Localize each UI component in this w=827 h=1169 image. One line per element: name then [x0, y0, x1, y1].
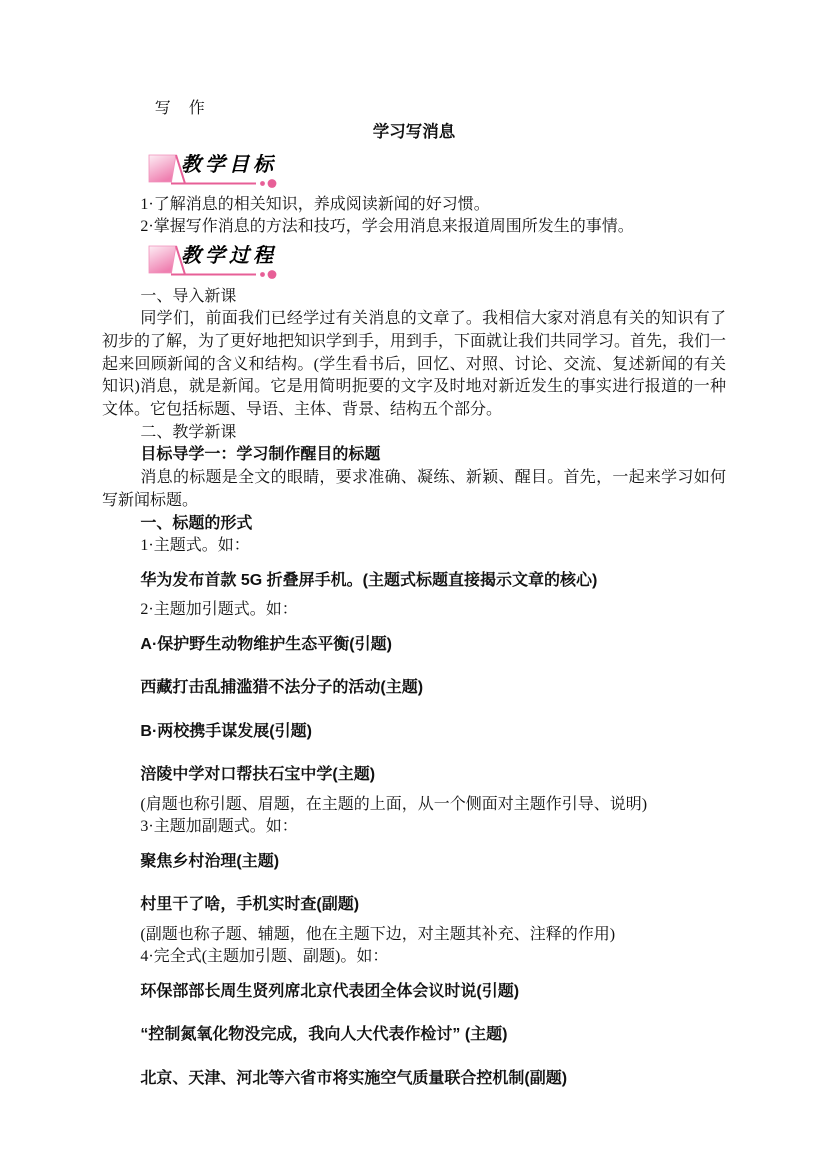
objectives-header-banner: 教学目标 [148, 152, 318, 190]
headline-example: 环保部部长周生贤列席北京代表团全体会议时说(引题) [102, 981, 726, 1004]
form-item-line: 1·主题式。如： [102, 535, 726, 558]
document-content: 写 作 学习写消息 教学目标 1·了解消息的相关知识，养成阅读新闻的好习惯。 2… [102, 98, 726, 1090]
process-header-label: 教学过程 [181, 243, 277, 269]
headline-example: 华为发布首款 5G 折叠屏手机。(主题式标题直接揭示文章的核心) [102, 570, 726, 593]
headline-example: B·两校携手谋发展(引题) [102, 721, 726, 744]
guide-paragraph: 消息的标题是全文的眼睛，要求准确、凝练、新颖、醒目。首先，一起来学习如何写新闻标… [102, 467, 726, 513]
headline-example: “控制氮氧化物没完成，我向人大代表作检讨” (主题) [102, 1024, 726, 1047]
document-page: 写 作 学习写消息 教学目标 1·了解消息的相关知识，养成阅读新闻的好习惯。 2… [0, 0, 827, 1169]
intro-heading: 一、导入新课 [102, 286, 726, 309]
objective-item: 2·掌握写作消息的方法和技巧，学会用消息来报道周围所发生的事情。 [102, 216, 726, 239]
headline-example: A·保护野生动物维护生态平衡(引题) [102, 634, 726, 657]
kicker-label: 写 作 [102, 98, 726, 121]
form-item-line: 2·主题加引题式。如： [102, 599, 726, 622]
small-dot-icon [260, 272, 265, 277]
annotation-note: (肩题也称引题、眉题，在主题的上面，从一个侧面对主题作引导、说明) [102, 794, 726, 817]
intro-paragraph: 同学们，前面我们已经学过有关消息的文章了。我相信大家对消息有关的知识有了初步的了… [102, 308, 726, 422]
large-dot-icon [268, 270, 277, 279]
form-item-line: 4·完全式(主题加引题、副题)。如： [102, 946, 726, 969]
objective-item: 1·了解消息的相关知识，养成阅读新闻的好习惯。 [102, 194, 726, 217]
title-forms-list: 1·主题式。如：华为发布首款 5G 折叠屏手机。(主题式标题直接揭示文章的核心)… [102, 535, 726, 1090]
headline-example: 村里干了啥，手机实时查(副题) [102, 894, 726, 917]
lesson-heading: 二、教学新课 [102, 422, 726, 445]
form-heading: 一、标题的形式 [102, 513, 726, 536]
headline-example: 聚焦乡村治理(主题) [102, 851, 726, 874]
large-dot-icon [268, 179, 277, 188]
form-item-line: 3·主题加副题式。如： [102, 816, 726, 839]
page-title: 学习写消息 [102, 121, 726, 144]
process-header-banner: 教学过程 [148, 243, 318, 281]
headline-example: 北京、天津、河北等六省市将实施空气质量联合控机制(副题) [102, 1068, 726, 1091]
headline-example: 涪陵中学对口帮扶石宝中学(主题) [102, 764, 726, 787]
guide-heading: 目标导学一：学习制作醒目的标题 [102, 444, 726, 467]
headline-example: 西藏打击乱捕滥猎不法分子的活动(主题) [102, 677, 726, 700]
small-dot-icon [260, 181, 265, 186]
annotation-note: (副题也称子题、辅题，他在主题下边，对主题其补充、注释的作用) [102, 924, 726, 947]
objectives-header-label: 教学目标 [181, 152, 277, 178]
